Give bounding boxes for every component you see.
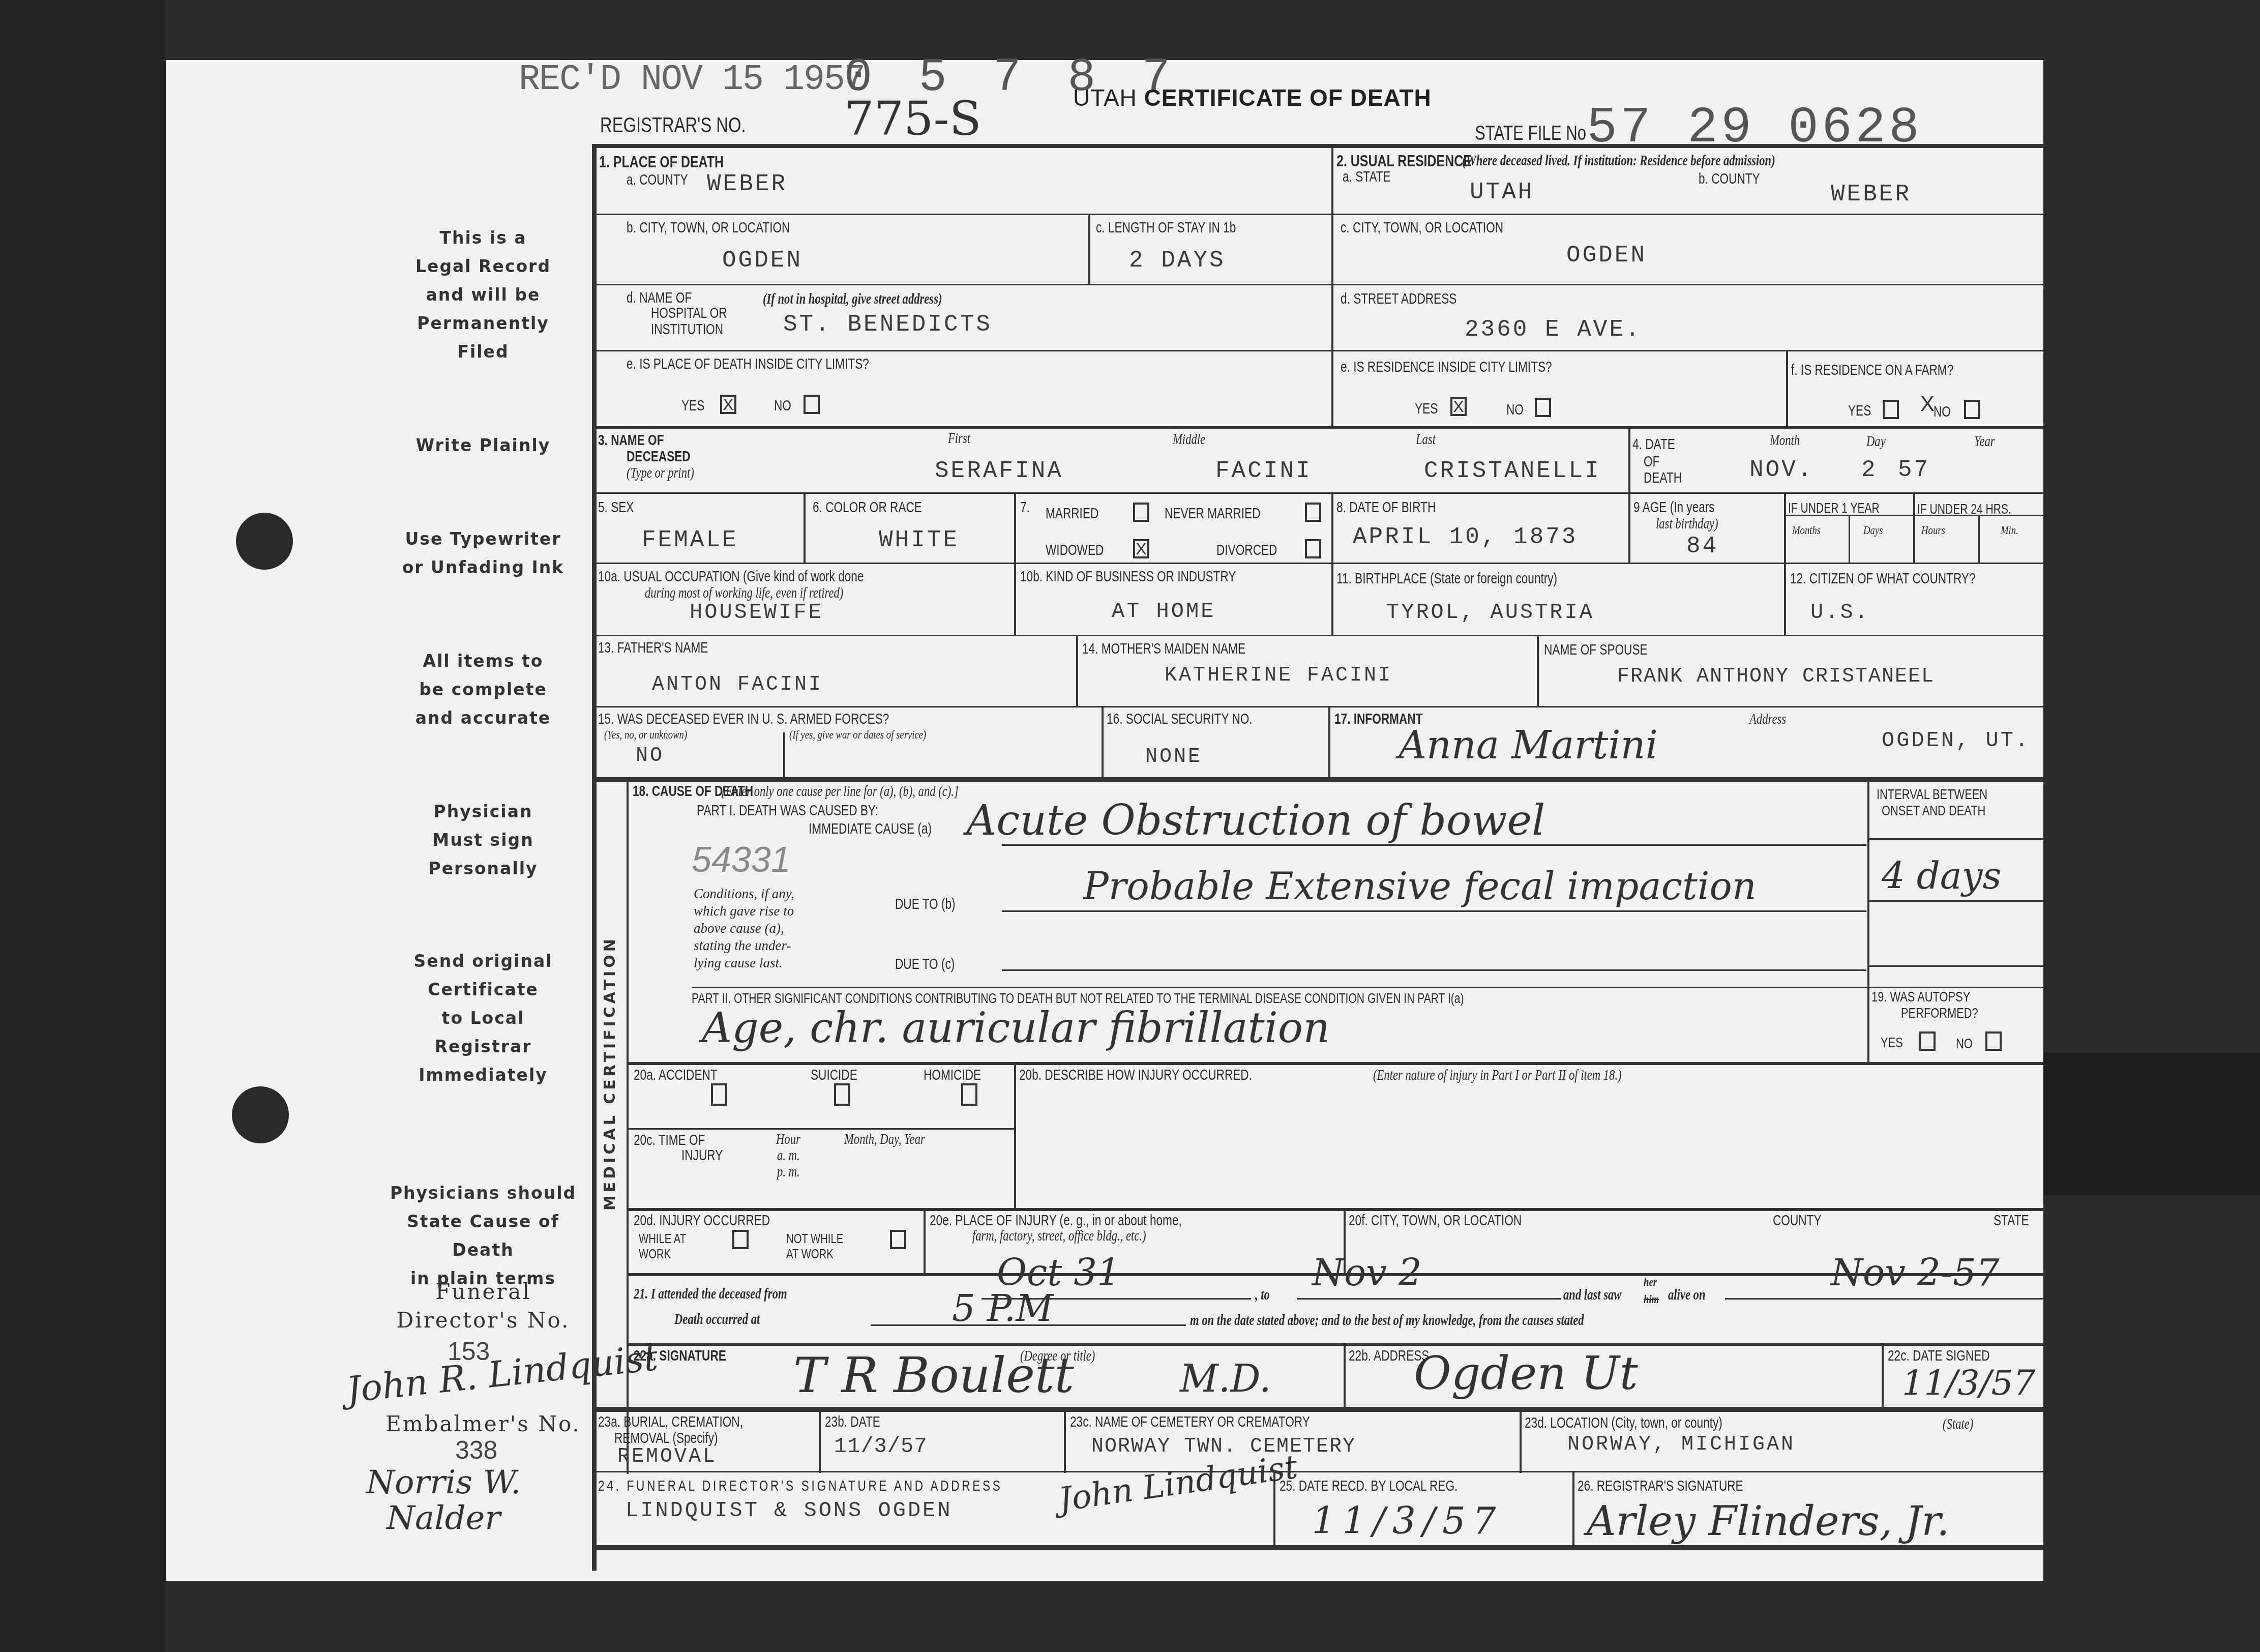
never-married-checkbox[interactable]: [1305, 503, 1321, 522]
armed-forces-hint-1: (Yes, no, or unknown): [604, 728, 687, 742]
medical-certification-side-label: MEDICAL CERTIFICATION: [601, 936, 619, 1211]
note-line: Physicians should: [376, 1179, 590, 1207]
note-write-plainly: Write Plainly: [376, 431, 590, 460]
farm-yes-label: YES: [1848, 403, 1871, 420]
interval-line-a: [1867, 838, 2043, 840]
autopsy-no-checkbox[interactable]: [1985, 1031, 2002, 1051]
divider-cause-interval: [1867, 777, 1869, 1063]
her-label: her: [1644, 1276, 1657, 1289]
citizen: U.S.: [1810, 600, 1870, 625]
divider-15-16: [1102, 706, 1104, 778]
last-saw-date: Nov 2-57: [1831, 1251, 2000, 1294]
min-label: Min.: [2001, 524, 2018, 538]
injury-city-label: 20f. CITY, TOWN, OR LOCATION: [1349, 1213, 1522, 1229]
dod-year: 57: [1898, 457, 1930, 483]
conditions-hint: Conditions, if any, which gave rise to a…: [694, 885, 794, 971]
name-label-2: DECEASED: [627, 449, 691, 465]
business: AT HOME: [1112, 599, 1215, 624]
row-line-20: [627, 1062, 2043, 1065]
divider-hours-min: [1978, 515, 1980, 563]
ssn: NONE: [1145, 746, 1202, 769]
note-line: Write Plainly: [376, 431, 590, 460]
divider-23b-23c: [1064, 1407, 1066, 1473]
date-of-birth: APRIL 10, 1873: [1353, 524, 1578, 550]
injury-how-hint: (Enter nature of injury in Part I or Par…: [1373, 1067, 1622, 1084]
days-label: Days: [1863, 524, 1883, 538]
cemetery-name: NORWAY TWN. CEMETERY: [1091, 1435, 1356, 1458]
divider-23c-23d: [1520, 1407, 1522, 1473]
alive-on-label: alive on: [1668, 1287, 1706, 1304]
armed-forces-hint-2: (If yes, give war or dates of service): [789, 728, 926, 742]
occupation-label-1: 10a. USUAL OCCUPATION (Give kind of work…: [598, 569, 864, 585]
cause-a: Acute Obstruction of bowel: [966, 796, 1545, 845]
farm-no-checkbox[interactable]: [1964, 400, 1980, 419]
farm-yes-checkbox[interactable]: [1883, 400, 1899, 419]
first-name-label: First: [948, 430, 970, 447]
note-line: Use Typewriter: [376, 525, 590, 553]
while-at-work-label-1: WHILE AT: [639, 1231, 686, 1247]
homicide-checkbox[interactable]: [961, 1083, 977, 1106]
residence-city: OGDEN: [1566, 242, 1647, 269]
state-file-number: 57 29 0628: [1587, 100, 1922, 157]
suicide-label: SUICIDE: [811, 1067, 857, 1084]
row-line-15: [592, 706, 2043, 707]
place-of-death-label: 1. PLACE OF DEATH: [599, 153, 724, 171]
business-label: 10b. KIND OF BUSINESS OR INDUSTRY: [1020, 569, 1236, 585]
interval-label-1: INTERVAL BETWEEN: [1877, 786, 1987, 803]
note-line: or Unfading Ink: [376, 553, 590, 582]
race: WHITE: [879, 527, 959, 553]
divider-14-spouse: [1537, 635, 1539, 706]
autopsy-no-label: NO: [1956, 1036, 1973, 1052]
stay-label: c. LENGTH OF STAY IN 1b: [1096, 220, 1236, 237]
residence-county-label: b. COUNTY: [1699, 171, 1760, 188]
note-line: Legal Record: [376, 252, 590, 281]
armed-forces-label: 15. WAS DECEASED EVER IN U. S. ARMED FOR…: [598, 711, 889, 728]
name-label-1: 3. NAME OF: [598, 432, 664, 449]
row-line-20d: [627, 1208, 2043, 1211]
date-signed: 11/3/57: [1902, 1363, 2035, 1403]
time-of-injury-label-2: INJURY: [681, 1147, 723, 1164]
note-line: Physician: [376, 798, 590, 826]
attended-to: Nov 2: [1312, 1251, 1422, 1294]
note-typewriter: Use Typewriter or Unfading Ink: [376, 525, 590, 582]
divider-22b-22c: [1882, 1343, 1884, 1409]
spouse-name: FRANK ANTHONY CRISTANEEL: [1617, 665, 1935, 688]
funeral-director-no-label: Funeral Director's No.: [366, 1278, 600, 1335]
autopsy-label-2: PERFORMED?: [1901, 1005, 1978, 1021]
note-line: Registrar: [376, 1032, 590, 1061]
divider-11-12: [1331, 563, 1333, 635]
note-line: to Local: [376, 1004, 590, 1032]
hint-line: lying cause last.: [694, 954, 794, 971]
registrar-signature-label: 26. REGISTRAR'S SIGNATURE: [1578, 1478, 1743, 1495]
county-label: a. COUNTY: [627, 172, 688, 189]
registrar-no-value: 775-S: [844, 92, 982, 146]
dod-month: NOV.: [1749, 457, 1813, 483]
date-recd: 11/3/57: [1312, 1499, 1503, 1542]
attended-label: 21. I attended the deceased from: [634, 1286, 787, 1303]
interval-b: 4 days: [1882, 854, 2001, 897]
not-while-label-1: NOT WHILE: [786, 1231, 843, 1247]
row-line-23: [592, 1407, 2043, 1412]
embalmer-no: 338: [455, 1435, 497, 1465]
divider-23a-23b: [819, 1407, 821, 1473]
physician-signature: T R Boulett: [793, 1347, 1074, 1404]
signature-label: 22a. SIGNATURE: [634, 1348, 726, 1365]
divider-1-2: [1331, 144, 1333, 429]
cause-b: Probable Extensive fecal impaction: [1083, 865, 1757, 908]
middle-name-label: Middle: [1173, 431, 1205, 448]
while-at-work-label-2: WORK: [639, 1246, 671, 1262]
funeral-director-label: 24. FUNERAL DIRECTOR'S SIGNATURE AND ADD…: [598, 1478, 1003, 1495]
married-label: MARRIED: [1046, 506, 1098, 522]
note-line: Filed: [376, 338, 590, 366]
note-line: Immediately: [376, 1061, 590, 1089]
divider-22a-22b: [1344, 1343, 1346, 1409]
divider-20a-20b: [1014, 1062, 1016, 1209]
length-of-stay: 2 DAYS: [1129, 247, 1226, 274]
occupation: HOUSEWIFE: [690, 600, 823, 625]
part1-label: PART I. DEATH WAS CAUSED BY:: [697, 803, 878, 819]
attended-to-line: [1297, 1298, 1561, 1300]
sex: FEMALE: [642, 527, 738, 553]
months-label: Months: [1792, 524, 1821, 538]
row-line-13: [592, 635, 2043, 636]
injury-state-label: STATE: [1994, 1213, 2029, 1229]
armed-forces: NO: [636, 745, 664, 768]
am-label: a. m.: [777, 1147, 800, 1164]
death-city-label: b. CITY, TOWN, OR LOCATION: [627, 220, 790, 237]
burial-label-2: REMOVAL (Specify): [614, 1430, 718, 1447]
cause-c-line: [1002, 969, 1866, 971]
location-state-label: (State): [1943, 1416, 1973, 1433]
last-name-label: Last: [1416, 431, 1436, 448]
pm-label: p. m.: [777, 1164, 800, 1181]
dob-label: 8. DATE OF BIRTH: [1336, 499, 1436, 516]
age-label-1: 9 AGE (In years: [1633, 499, 1715, 516]
note-line: be complete: [376, 675, 590, 704]
due-to-c-label: DUE TO (c): [895, 956, 955, 973]
location-label: 23d. LOCATION (City, town, or county): [1525, 1415, 1722, 1432]
certificate-title: UTAH CERTIFICATE OF DEATH: [1073, 84, 1432, 111]
under-24-hrs-label: IF UNDER 24 HRS.: [1917, 501, 2011, 517]
under-1-year-label: IF UNDER 1 YEAR: [1788, 500, 1880, 516]
death-city: OGDEN: [722, 247, 802, 274]
autopsy-line: [1867, 965, 2043, 967]
form-border-bottom: [592, 1545, 2043, 1550]
row-line-1a: [592, 214, 2043, 215]
hospital-name: ST. BENEDICTS: [783, 311, 992, 338]
hospital-hint: (If not in hospital, give street address…: [763, 291, 942, 308]
street-address-label: d. STREET ADDRESS: [1341, 291, 1456, 308]
spouse-label: NAME OF SPOUSE: [1544, 642, 1648, 659]
hint-line: stating the under-: [694, 937, 794, 954]
death-city-limits-no-checkbox[interactable]: [804, 395, 820, 414]
last-name: CRISTANELLI: [1424, 458, 1601, 484]
note-line: Personally: [376, 854, 590, 883]
interval-line-b: [1867, 900, 2043, 902]
married-checkbox[interactable]: [1133, 503, 1149, 522]
row-line-20c: [627, 1128, 1014, 1130]
last-saw-line: [1725, 1298, 2043, 1300]
injury-how-label: 20b. DESCRIBE HOW INJURY OCCURRED.: [1019, 1067, 1252, 1084]
informant-address: OGDEN, UT.: [1882, 728, 2030, 753]
usual-residence-hint: (Where deceased lived. If institution: R…: [1462, 153, 1775, 169]
death-city-limits-yes-label: YES: [681, 398, 704, 415]
note-line: Certificate: [376, 976, 590, 1004]
birthplace: TYROL, AUSTRIA: [1386, 600, 1594, 625]
embalmer-no-label: Embalmer's No.: [366, 1410, 600, 1438]
divider-25-26: [1572, 1471, 1574, 1547]
hospital-label-3: INSTITUTION: [651, 321, 723, 338]
injury-occurred-label: 20d. INJURY OCCURRED: [634, 1213, 770, 1229]
usual-residence-label: 2. USUAL RESIDENCE: [1336, 152, 1472, 170]
divider-1b-1c: [1088, 214, 1090, 284]
title-main: CERTIFICATE OF DEATH: [1144, 84, 1432, 111]
divider-5-6: [804, 492, 806, 563]
divider-2e-2f: [1786, 350, 1788, 429]
not-while-at-work-checkbox[interactable]: [890, 1230, 906, 1249]
note-line: Funeral: [366, 1278, 600, 1306]
note-physician-sign: Physician Must sign Personally: [376, 798, 590, 883]
row-line-1b: [592, 284, 2043, 285]
to-label: , to: [1255, 1287, 1270, 1304]
sex-label: 5. SEX: [598, 499, 634, 516]
ssn-label: 16. SOCIAL SECURITY NO.: [1107, 711, 1253, 728]
dod-year-label: Year: [1974, 433, 1995, 450]
hint-line: which gave rise to: [694, 902, 794, 920]
race-label: 6. COLOR OR RACE: [813, 499, 922, 516]
note-send-original: Send original Certificate to Local Regis…: [376, 947, 590, 1089]
informant-signature: Anna Martini: [1399, 722, 1658, 768]
widowed-label: WIDOWED: [1046, 542, 1104, 559]
signature-line: Norris W.: [366, 1465, 521, 1500]
death-city-limits-no-label: NO: [774, 398, 791, 415]
medical-inner-border: [627, 777, 629, 1474]
dod-day-label: Day: [1866, 433, 1886, 450]
row-line-24: [592, 1471, 2043, 1472]
form-border-left: [592, 144, 597, 1571]
burial-label-1: 23a. BURIAL, CREMATION,: [598, 1414, 743, 1431]
hint-line: above cause (a),: [694, 920, 794, 937]
while-at-work-checkbox[interactable]: [732, 1230, 749, 1249]
name-label-3: (Type or print): [627, 465, 694, 482]
residence-state: UTAH: [1470, 179, 1534, 205]
divider-8-9: [1628, 492, 1630, 563]
hint-line: Conditions, if any,: [694, 885, 794, 902]
time-of-injury-label-1: 20c. TIME OF: [634, 1132, 705, 1149]
cause-code-number: 54331: [692, 839, 791, 880]
row-line-18: [592, 777, 2043, 782]
interval-label-2: ONSET AND DEATH: [1882, 803, 1985, 819]
residence-county: WEBER: [1831, 181, 1911, 208]
note-complete: All items to be complete and accurate: [376, 647, 590, 732]
location: NORWAY, MICHIGAN: [1567, 1433, 1795, 1456]
physician-address: Ogden Ut: [1414, 1347, 1638, 1400]
note-line: Send original: [376, 947, 590, 976]
divider-7-8: [1331, 492, 1333, 563]
residence-city-limits-label: e. IS RESIDENCE INSIDE CITY LIMITS?: [1341, 359, 1552, 376]
signature-line: Nalder: [366, 1500, 521, 1536]
hospital-label-2: HOSPITAL OR: [651, 305, 727, 322]
age-label-2: last birthday): [1656, 516, 1718, 533]
last-saw-label: and last saw: [1563, 1287, 1621, 1304]
middle-name: FACINI: [1215, 458, 1312, 484]
registrar-no-label: REGISTRAR'S NO.: [600, 113, 746, 137]
residence-city-limits-yes-label: YES: [1415, 401, 1438, 418]
cause-of-death-hint: [Enter only one cause per line for (a), …: [721, 783, 959, 800]
divider-16-17: [1328, 706, 1330, 778]
divorced-checkbox[interactable]: [1305, 539, 1321, 558]
divider-13-14: [1076, 635, 1078, 706]
divider-3-4: [1628, 426, 1630, 493]
due-to-b-label: DUE TO (b): [895, 896, 956, 913]
accident-label: 20a. ACCIDENT: [634, 1067, 718, 1084]
row-line-1d: [592, 350, 2043, 351]
autopsy-yes-checkbox[interactable]: [1919, 1031, 1936, 1051]
note-line: and will be: [376, 281, 590, 309]
divider-under1-under24: [1913, 492, 1915, 563]
residence-city-label: c. CITY, TOWN, OR LOCATION: [1341, 220, 1503, 237]
hours-label: Hours: [1921, 524, 1945, 538]
note-line: All items to: [376, 647, 590, 675]
row-line-10: [592, 563, 2043, 564]
row-line-22: [627, 1343, 2043, 1346]
immediate-cause-label: IMMEDIATE CAUSE (a): [809, 821, 932, 838]
hospital-label-1: d. NAME OF: [627, 290, 692, 307]
cause-b-line: [1002, 910, 1866, 912]
dod-label-1: 4. DATE: [1632, 436, 1675, 453]
row-line-5: [592, 492, 2043, 494]
residence-state-label: a. STATE: [1343, 169, 1391, 186]
scan-background-left: [0, 0, 166, 1652]
marital-number: 7.: [1020, 499, 1030, 516]
occupation-label-2: during most of working life, even if ret…: [645, 585, 843, 602]
accident-checkbox[interactable]: [711, 1083, 727, 1106]
divider-20d-20e: [924, 1208, 926, 1274]
date-signed-label: 22c. DATE SIGNED: [1888, 1348, 1990, 1365]
death-county: WEBER: [707, 171, 787, 197]
dod-label-2: OF: [1644, 454, 1659, 470]
street-address: 2360 E AVE.: [1465, 316, 1642, 343]
note-line: State Cause of Death: [376, 1207, 590, 1264]
note-line: This is a: [376, 224, 590, 252]
death-city-limits-label: e. IS PLACE OF DEATH INSIDE CITY LIMITS?: [627, 356, 869, 373]
divorced-label: DIVORCED: [1216, 542, 1277, 559]
divider-months-days: [1849, 515, 1850, 563]
dod-label-3: DEATH: [1644, 470, 1682, 487]
farm-no-mark: X: [1920, 392, 1935, 416]
date-recd-label: 25. DATE RECD. BY LOCAL REG.: [1280, 1478, 1458, 1495]
birthplace-label: 11. BIRTHPLACE (State or foreign country…: [1336, 571, 1557, 587]
farm-label: f. IS RESIDENCE ON A FARM?: [1791, 362, 1953, 379]
form-border-top: [592, 144, 2043, 148]
death-city-limits-yes-checkbox[interactable]: X: [720, 395, 736, 414]
note-legal-record: This is a Legal Record and will be Perma…: [376, 224, 590, 366]
divider-15-hints: [783, 732, 785, 778]
father-label: 13. FATHER'S NAME: [598, 640, 708, 657]
dod-day: 2: [1861, 457, 1878, 483]
note-line: and accurate: [376, 704, 590, 732]
burial-type: REMOVAL: [617, 1445, 717, 1468]
homicide-label: HOMICIDE: [924, 1067, 981, 1084]
part2-line: [692, 987, 2043, 988]
informant-address-label: Address: [1749, 711, 1786, 728]
punch-hole-top: [236, 513, 293, 570]
title-state: UTAH: [1073, 84, 1137, 111]
note-line: Must sign: [376, 826, 590, 854]
scan-background-band: [2043, 1053, 2260, 1195]
funeral-director-name: LINDQUIST & SONS OGDEN: [626, 1498, 953, 1523]
physician-degree: M.D.: [1180, 1357, 1271, 1401]
farm-no-label: NO: [1934, 404, 1951, 421]
death-time: 5 P.M: [952, 1287, 1053, 1330]
injury-county-label: COUNTY: [1773, 1213, 1822, 1229]
row-line-3: [592, 426, 2043, 429]
embalmer-signature: Norris W. Nalder: [366, 1465, 521, 1536]
first-name: SERAFINA: [935, 458, 1063, 484]
hour-label: Hour: [776, 1131, 800, 1148]
note-plain-terms: Physicians should State Cause of Death i…: [376, 1179, 590, 1293]
month-day-year-label: Month, Day, Year: [844, 1131, 925, 1148]
citizen-label: 12. CITIZEN OF WHAT COUNTRY?: [1790, 571, 1975, 587]
dod-month-label: Month: [1770, 432, 1800, 449]
part2-conditions: Age, chr. auricular fibrillation: [702, 1004, 1330, 1052]
place-of-injury-label-2: farm, factory, street, office bldg., etc…: [972, 1228, 1146, 1245]
disposition-date: 11/3/57: [834, 1434, 927, 1459]
father-name: ANTON FACINI: [652, 673, 823, 696]
death-occurred-rest: m on the date stated above; and to the b…: [1190, 1312, 1584, 1329]
death-occurred-label: Death occurred at: [674, 1311, 760, 1328]
residence-city-limits-no-label: NO: [1506, 402, 1524, 419]
residence-city-limits-yes-checkbox[interactable]: X: [1450, 397, 1467, 416]
punch-hole-bottom: [232, 1086, 289, 1143]
him-label: him: [1644, 1293, 1659, 1307]
suicide-checkbox[interactable]: [834, 1083, 850, 1106]
age: 84: [1686, 533, 1718, 559]
mother-label: 14. MOTHER'S MAIDEN NAME: [1082, 641, 1245, 658]
mother-name: KATHERINE FACINI: [1165, 664, 1392, 687]
disposition-date-label: 23b. DATE: [825, 1414, 880, 1431]
cemetery-label: 23c. NAME OF CEMETERY OR CREMATORY: [1070, 1414, 1310, 1431]
widowed-checkbox[interactable]: X: [1133, 539, 1149, 558]
registrar-signature: Arley Flinders, Jr.: [1587, 1497, 1949, 1545]
not-while-label-2: AT WORK: [786, 1246, 834, 1262]
place-of-injury-label-1: 20e. PLACE OF INJURY (e. g., in or about…: [930, 1213, 1182, 1229]
residence-city-limits-no-checkbox[interactable]: [1535, 398, 1551, 417]
note-line: Director's No.: [366, 1306, 600, 1335]
received-stamp: REC'D NOV 15 1957: [519, 60, 865, 100]
state-file-label: STATE FILE No: [1475, 122, 1586, 145]
autopsy-yes-label: YES: [1881, 1035, 1903, 1051]
never-married-label: NEVER MARRIED: [1165, 506, 1261, 522]
note-line: Permanently: [376, 309, 590, 338]
autopsy-label-1: 19. WAS AUTOPSY: [1871, 989, 1970, 1005]
